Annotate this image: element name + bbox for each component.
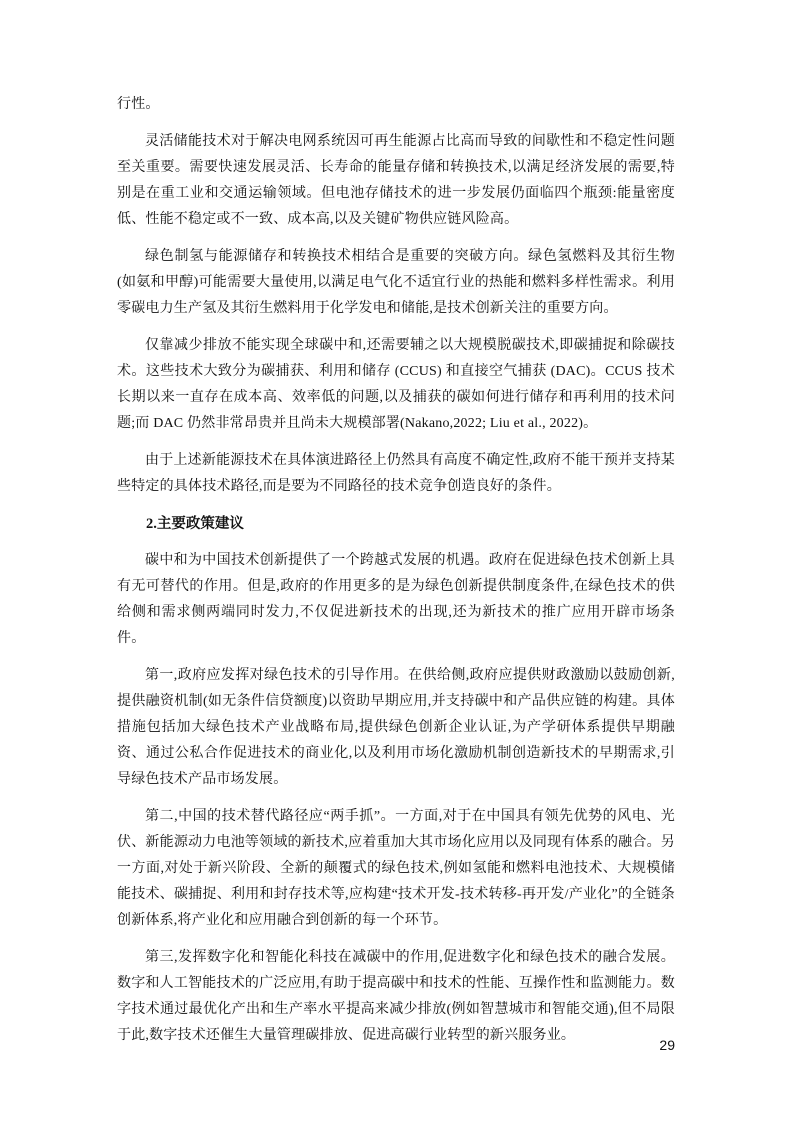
paragraph-flexible-storage: 灵活储能技术对于解决电网系统因可再生能源占比高而导致的间歇性和不稳定性问题至关重… — [117, 129, 675, 233]
paragraph-second-recommendation: 第二,中国的技术替代路径应“两手抓”。一方面,对于在中国具有领先优势的风电、光伏… — [117, 804, 675, 934]
paragraph-continuation: 行性。 — [117, 92, 675, 118]
section-heading-policy-recommendations: 2.主要政策建议 — [117, 511, 675, 537]
paragraph-first-recommendation: 第一,政府应发挥对绿色技术的引导作用。在供给侧,政府应提供财政激励以鼓励创新,提… — [117, 663, 675, 793]
paragraph-government-role: 碳中和为中国技术创新提供了一个跨越式发展的机遇。政府在促进绿色技术创新上具有无可… — [117, 548, 675, 652]
document-page: 行性。 灵活储能技术对于解决电网系统因可再生能源占比高而导致的间歇性和不稳定性问… — [0, 0, 793, 1122]
page-number: 29 — [659, 1036, 675, 1054]
paragraph-ccus-dac: 仅靠减少排放不能实现全球碳中和,还需要辅之以大规模脱碳技术,即碳捕捉和除碳技术。… — [117, 333, 675, 437]
paragraph-green-hydrogen: 绿色制氢与能源储存和转换技术相结合是重要的突破方向。绿色氢燃料及其衍生物(如氨和… — [117, 244, 675, 322]
paragraph-uncertainty: 由于上述新能源技术在具体演进路径上仍然具有高度不确定性,政府不能干预并支持某些特… — [117, 448, 675, 500]
paragraph-third-recommendation: 第三,发挥数字化和智能化科技在减碳中的作用,促进数字化和绿色技术的融合发展。数字… — [117, 945, 675, 1049]
